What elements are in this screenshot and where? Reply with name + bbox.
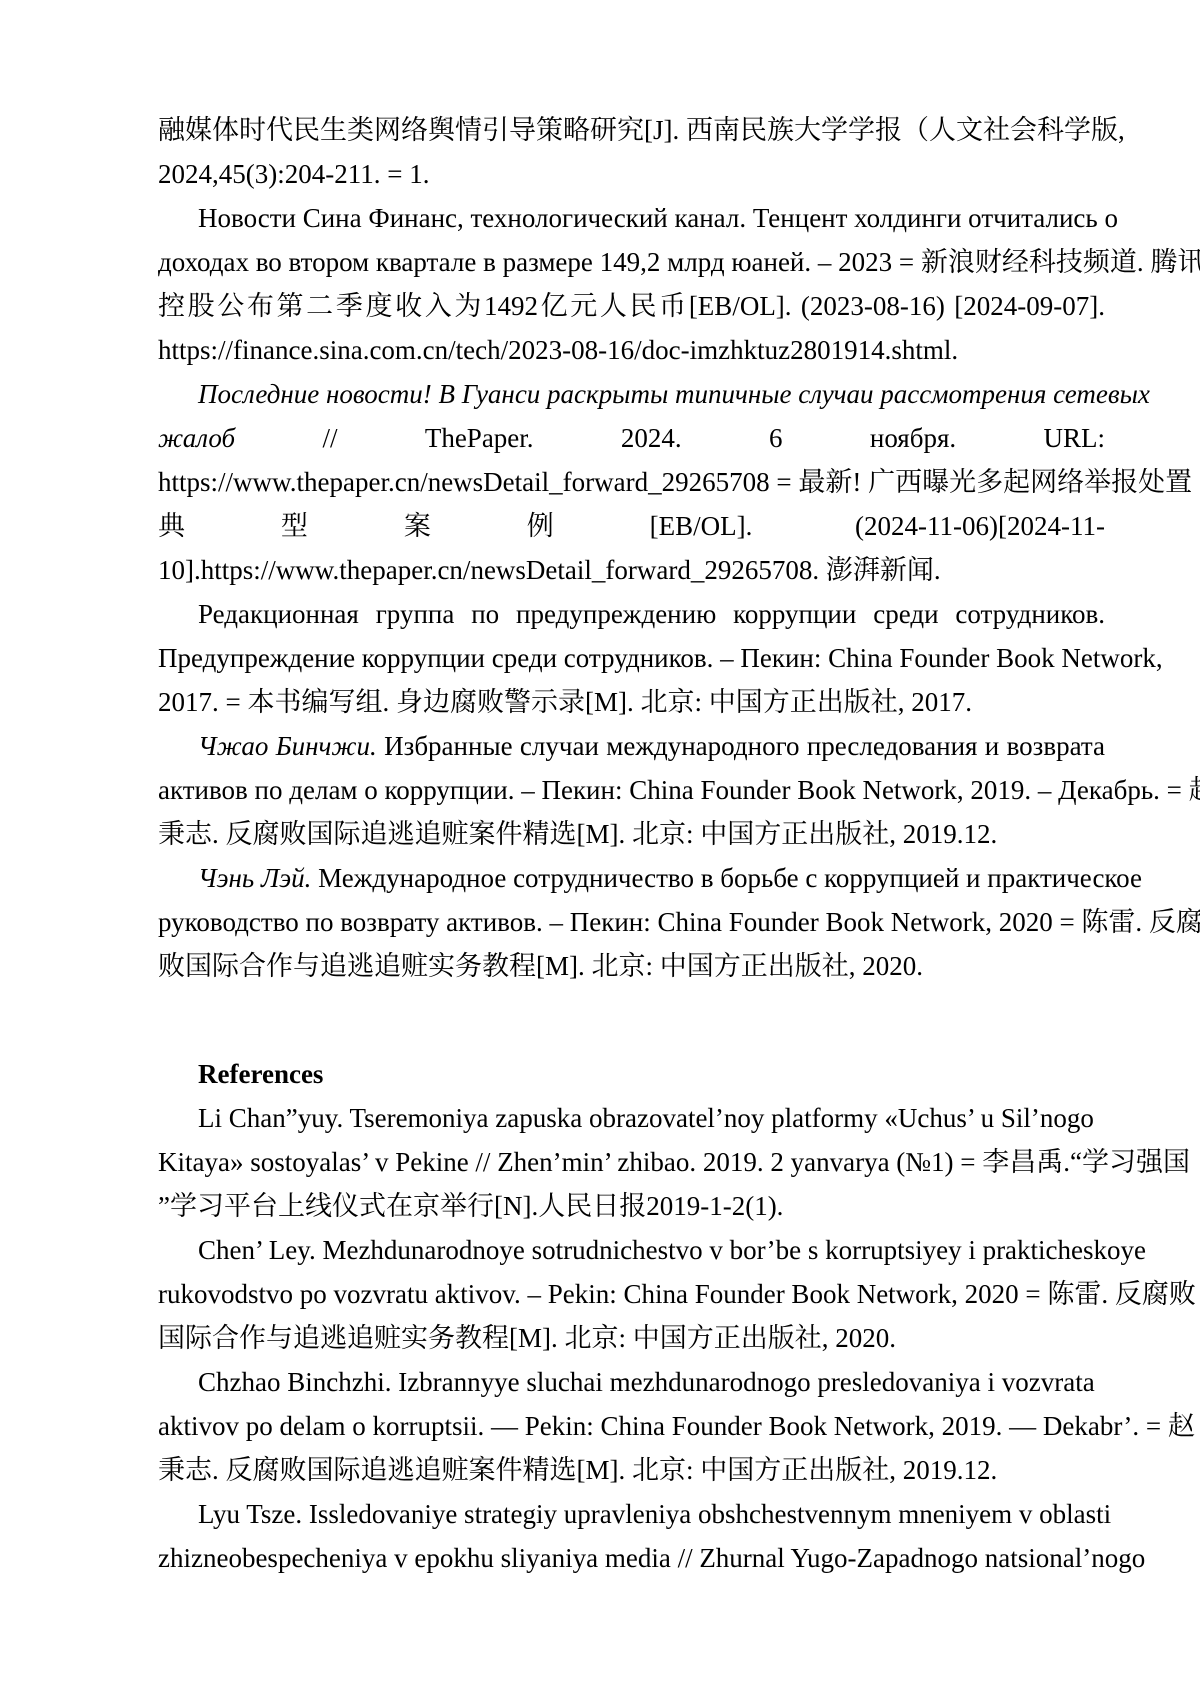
text-segment: Чжао Бинчжи. [198, 731, 377, 761]
text-segment: Chen’ Ley. Mezhdunarodnoye sotrudnichest… [198, 1235, 1146, 1265]
text-line: Новости Сина Финанс, технологический кан… [158, 196, 1105, 240]
text-segment: 控股公布第二季度收入为1492亿元人民币[EB/OL]. (2023-08-16… [158, 291, 1105, 321]
text-segment: 2024,45(3):204-211. = 1. [158, 159, 429, 189]
text-line: Li Chan”yuy. Tseremoniya zapuska obrazov… [158, 1096, 1105, 1140]
text-segment: 国际合作与追逃追赃实务教程[M]. 北京: 中国方正出版社, 2020. [158, 1323, 896, 1353]
text-line: Kitaya» sostoyalas’ v Pekine // Zhen’min… [158, 1140, 1105, 1184]
reference-entry-chzhao-binchzhi-ru: Чжао Бинчжи. Избранные случаи международ… [158, 724, 1105, 856]
text-line: 秉志. 反腐败国际追逃追赃案件精选[M]. 北京: 中国方正出版社, 2019.… [158, 812, 1105, 856]
text-segment: доходах во втором квартале в размере 149… [158, 247, 1200, 277]
text-line: aktivov po delam o korruptsii. — Pekin: … [158, 1404, 1105, 1448]
text-segment: zhizneobespecheniya v epokhu sliyaniya m… [158, 1543, 1145, 1573]
text-segment: ”学习平台上线仪式在京举行[N].人民日报2019-1-2(1). [158, 1191, 783, 1221]
text-line: Lyu Tsze. Issledovaniye strategiy upravl… [158, 1492, 1105, 1536]
text-line: руководство по возврату активов. – Пекин… [158, 900, 1105, 944]
text-segment: руководство по возврату активов. – Пекин… [158, 907, 1200, 937]
reference-entry-editorial-group: Редакционная группа по предупреждению ко… [158, 592, 1105, 724]
text-segment: Kitaya» sostoyalas’ v Pekine // Zhen’min… [158, 1147, 1190, 1177]
text-segment: Редакционная группа по предупреждению ко… [198, 599, 1105, 629]
reference-entry-chen-ley-ru: Чэнь Лэй. Международное сотрудничество в… [158, 856, 1105, 988]
text-segment: https://www.thepaper.cn/newsDetail_forwa… [158, 467, 1192, 497]
heading-text: References [198, 1059, 323, 1089]
text-segment: Последние новости! В Гуанси раскрыты тип… [198, 379, 1150, 409]
text-segment: Чэнь Лэй. [198, 863, 311, 893]
text-segment: Lyu Tsze. Issledovaniye strategiy upravl… [198, 1499, 1111, 1529]
text-line: Chzhao Binchzhi. Izbrannyye sluchai mezh… [158, 1360, 1105, 1404]
text-line: 融媒体时代民生类网络舆情引导策略研究[J]. 西南民族大学学报（人文社会科学版, [158, 108, 1105, 152]
text-segment: 融媒体时代民生类网络舆情引导策略研究[J]. 西南民族大学学报（人文社会科学版, [158, 115, 1125, 145]
text-line: Редакционная группа по предупреждению ко… [158, 592, 1105, 636]
text-line: 败国际合作与追逃追赃实务教程[M]. 北京: 中国方正出版社, 2020. [158, 944, 1105, 988]
text-line: Чжао Бинчжи. Избранные случаи международ… [158, 724, 1105, 768]
text-segment: Chzhao Binchzhi. Izbrannyye sluchai mezh… [198, 1367, 1095, 1397]
text-line: доходах во втором квартале в размере 149… [158, 240, 1105, 284]
text-line: 控股公布第二季度收入为1492亿元人民币[EB/OL]. (2023-08-16… [158, 284, 1105, 328]
text-segment: aktivov po delam o korruptsii. — Pekin: … [158, 1411, 1195, 1441]
text-line: ”学习平台上线仪式在京举行[N].人民日报2019-1-2(1). [158, 1184, 1105, 1228]
text-line: жалоб // ThePaper. 2024. 6 ноября. URL: [158, 416, 1105, 460]
text-segment: 10].https://www.thepaper.cn/newsDetail_f… [158, 555, 941, 585]
text-line: Chen’ Ley. Mezhdunarodnoye sotrudnichest… [158, 1228, 1105, 1272]
text-segment: Избранные случаи международного преследо… [377, 731, 1105, 761]
document-page: 融媒体时代民生类网络舆情引导策略研究[J]. 西南民族大学学报（人文社会科学版,… [0, 0, 1200, 1697]
text-line: 典型案例[EB/OL]. (2024-11-06)[2024-11- [158, 504, 1105, 548]
text-segment: Новости Сина Финанс, технологический кан… [198, 203, 1118, 233]
text-line: Предупреждение коррупции среди сотрудник… [158, 636, 1105, 680]
references-text-body: 融媒体时代民生类网络舆情引导策略研究[J]. 西南民族大学学报（人文社会科学版,… [158, 108, 1105, 1580]
text-line: Чэнь Лэй. Международное сотрудничество в… [158, 856, 1105, 900]
text-segment: https://finance.sina.com.cn/tech/2023-08… [158, 335, 958, 365]
text-segment: Предупреждение коррупции среди сотрудник… [158, 643, 1163, 673]
text-segment: активов по делам о коррупции. – Пекин: C… [158, 775, 1200, 805]
text-line: 2024,45(3):204-211. = 1. [158, 152, 1105, 196]
text-segment: Международное сотрудничество в борьбе с … [311, 863, 1142, 893]
reference-entry-sina-finance: Новости Сина Финанс, технологический кан… [158, 196, 1105, 372]
reference-entry-chen-ley-translit: Chen’ Ley. Mezhdunarodnoye sotrudnichest… [158, 1228, 1105, 1360]
reference-entry-li-chanyuy: Li Chan”yuy. Tseremoniya zapuska obrazov… [158, 1096, 1105, 1228]
text-line: Последние новости! В Гуанси раскрыты тип… [158, 372, 1105, 416]
text-segment: rukovodstvo po vozvratu aktivov. – Pekin… [158, 1279, 1196, 1309]
text-line: 10].https://www.thepaper.cn/newsDetail_f… [158, 548, 1105, 592]
references-heading: References [158, 1052, 1105, 1096]
text-line: активов по делам о коррупции. – Пекин: C… [158, 768, 1105, 812]
text-segment: Li Chan”yuy. Tseremoniya zapuska obrazov… [198, 1103, 1094, 1133]
reference-entry-zh-journal: 融媒体时代民生类网络舆情引导策略研究[J]. 西南民族大学学报（人文社会科学版,… [158, 108, 1105, 196]
reference-entry-thepaper: Последние новости! В Гуанси раскрыты тип… [158, 372, 1105, 592]
text-segment: 败国际合作与追逃追赃实务教程[M]. 北京: 中国方正出版社, 2020. [158, 951, 923, 981]
text-line: 国际合作与追逃追赃实务教程[M]. 北京: 中国方正出版社, 2020. [158, 1316, 1105, 1360]
text-segment: // ThePaper. 2024. 6 ноября. URL: [235, 423, 1105, 453]
text-line: rukovodstvo po vozvratu aktivov. – Pekin… [158, 1272, 1105, 1316]
text-line: References [158, 1052, 1105, 1096]
text-segment: 秉志. 反腐败国际追逃追赃案件精选[M]. 北京: 中国方正出版社, 2019.… [158, 819, 997, 849]
text-line: https://finance.sina.com.cn/tech/2023-08… [158, 328, 1105, 372]
text-line: 2017. = 本书编写组. 身边腐败警示录[M]. 北京: 中国方正出版社, … [158, 680, 1105, 724]
text-segment: 秉志. 反腐败国际追逃追赃案件精选[M]. 北京: 中国方正出版社, 2019.… [158, 1455, 997, 1485]
reference-entry-lyu-tsze: Lyu Tsze. Issledovaniye strategiy upravl… [158, 1492, 1105, 1580]
text-line: zhizneobespecheniya v epokhu sliyaniya m… [158, 1536, 1105, 1580]
text-segment: 典型案例[EB/OL]. (2024-11-06)[2024-11- [158, 511, 1105, 541]
text-line: https://www.thepaper.cn/newsDetail_forwa… [158, 460, 1105, 504]
text-segment: 2017. = 本书编写组. 身边腐败警示录[M]. 北京: 中国方正出版社, … [158, 687, 972, 717]
text-segment: жалоб [158, 423, 235, 453]
text-line: 秉志. 反腐败国际追逃追赃案件精选[M]. 北京: 中国方正出版社, 2019.… [158, 1448, 1105, 1492]
reference-entry-chzhao-binchzhi-translit: Chzhao Binchzhi. Izbrannyye sluchai mezh… [158, 1360, 1105, 1492]
